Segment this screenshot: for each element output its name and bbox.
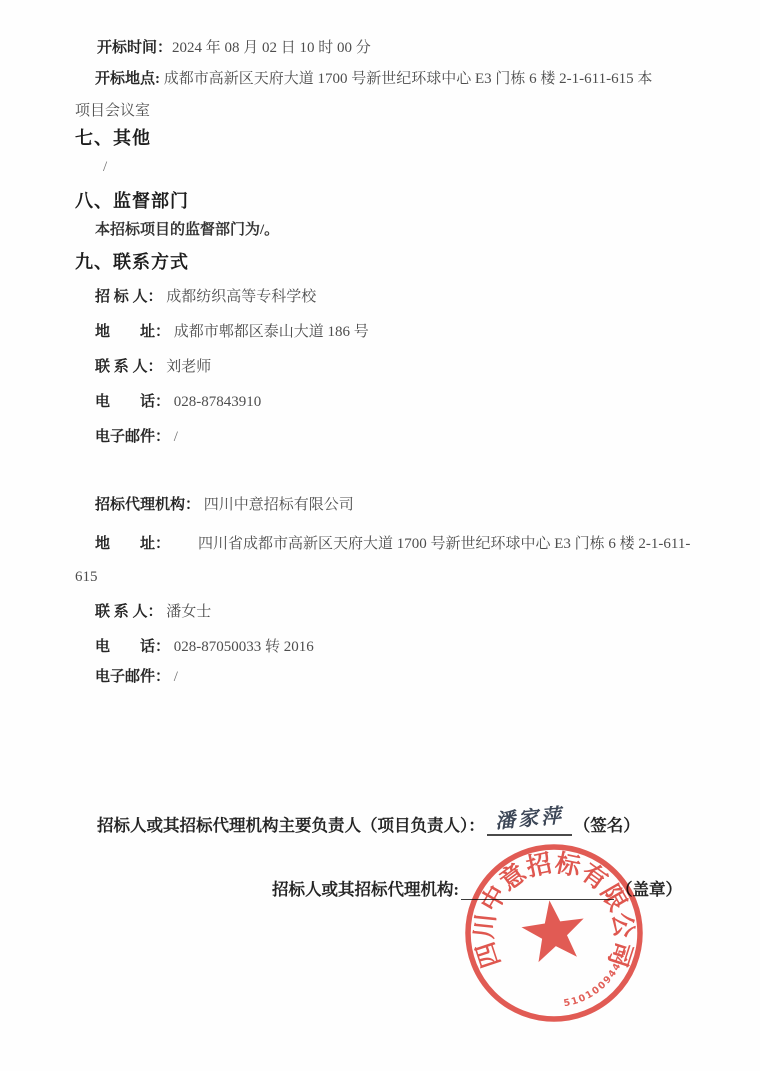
bid-place-label: 开标地点: [95,71,160,87]
row-label: 联 系 人： [95,604,163,620]
row-label: 招 标 人： [95,289,163,305]
row-value: 潘女士 [166,604,211,620]
row-value: 四川中意招标有限公司 [204,497,354,513]
bid-place-paragraph: 开标地点: 成都市高新区天府大道 1700 号新世纪环球中心 E3 门栋 6 楼… [75,63,667,127]
handwritten-signature: 潘家萍 [493,799,564,834]
row-value: / [174,669,178,685]
signature-row-prefix: 招标人或其招标代理机构主要负责人（项目负责人）： [97,816,485,835]
row-value: 028-87843910 [174,394,262,410]
tenderer-row-email: 电子邮件： / [95,426,178,448]
row-value: 成都市郫都区泰山大道 186 号 [174,324,369,340]
row-label: 电子邮件： [95,669,170,685]
agency-address-paragraph: 地 址：四川省成都市高新区天府大道 1700 号新世纪环球中心 E3 门栋 6 … [75,528,700,594]
signature-row-suffix: （签名） [574,816,640,835]
seal-row-prefix: 招标人或其招标代理机构: [272,880,459,899]
document-page: 开标时间：2024 年 08 月 02 日 10 时 00 分 开标地点: 成都… [0,0,760,1071]
tenderer-row-address: 地 址： 成都市郫都区泰山大道 186 号 [95,321,369,343]
row-label: 地 址： [95,536,170,552]
signature-row: 招标人或其招标代理机构主要负责人（项目负责人）：潘家萍（签名） [97,804,640,836]
agency-name-row: 招标代理机构： 四川中意招标有限公司 [95,494,354,516]
supervision-text: 本招标项目的监督部门为/。 [95,219,279,241]
row-label: 电子邮件： [95,429,170,445]
bid-time-value: 2024 年 08 月 02 日 10 时 00 分 [172,40,371,56]
row-value: 成都纺织高等专科学校 [166,289,316,305]
signature-underline: 潘家萍 [487,804,572,836]
bid-place-value: 成都市高新区天府大道 1700 号新世纪环球中心 E3 门栋 6 楼 2-1-6… [75,71,652,119]
row-label: 电 话： [95,394,170,410]
bid-time-row: 开标时间：2024 年 08 月 02 日 10 时 00 分 [97,37,371,59]
section-heading-other: 七、其他 [75,124,151,150]
row-label: 联 系 人： [95,359,163,375]
row-label: 招标代理机构： [95,497,200,513]
row-label: 电 话： [95,639,170,655]
section-heading-supervision: 八、监督部门 [75,187,189,213]
tenderer-row-name: 招 标 人： 成都纺织高等专科学校 [95,286,316,308]
row-label: 地 址： [95,324,170,340]
company-seal-svg: 四川中意招标有限公司 5101009447104 [459,838,649,1028]
row-value: / [174,429,178,445]
section-heading-contact: 九、联系方式 [75,248,189,274]
seal-star-icon [518,896,588,964]
row-value: 刘老师 [166,359,211,375]
tenderer-row-contact-person: 联 系 人： 刘老师 [95,356,211,378]
company-seal-stamp: 四川中意招标有限公司 5101009447104 [459,838,649,1028]
bid-time-label: 开标时间： [97,40,172,56]
section-other-content: / [103,156,107,178]
agency-row-contact-person: 联 系 人： 潘女士 [95,601,211,623]
row-value: 028-87050033 转 2016 [174,639,314,655]
agency-row-phone: 电 话： 028-87050033 转 2016 [95,636,314,658]
agency-row-email: 电子邮件： / [95,666,178,688]
tenderer-row-phone: 电 话： 028-87843910 [95,391,261,413]
